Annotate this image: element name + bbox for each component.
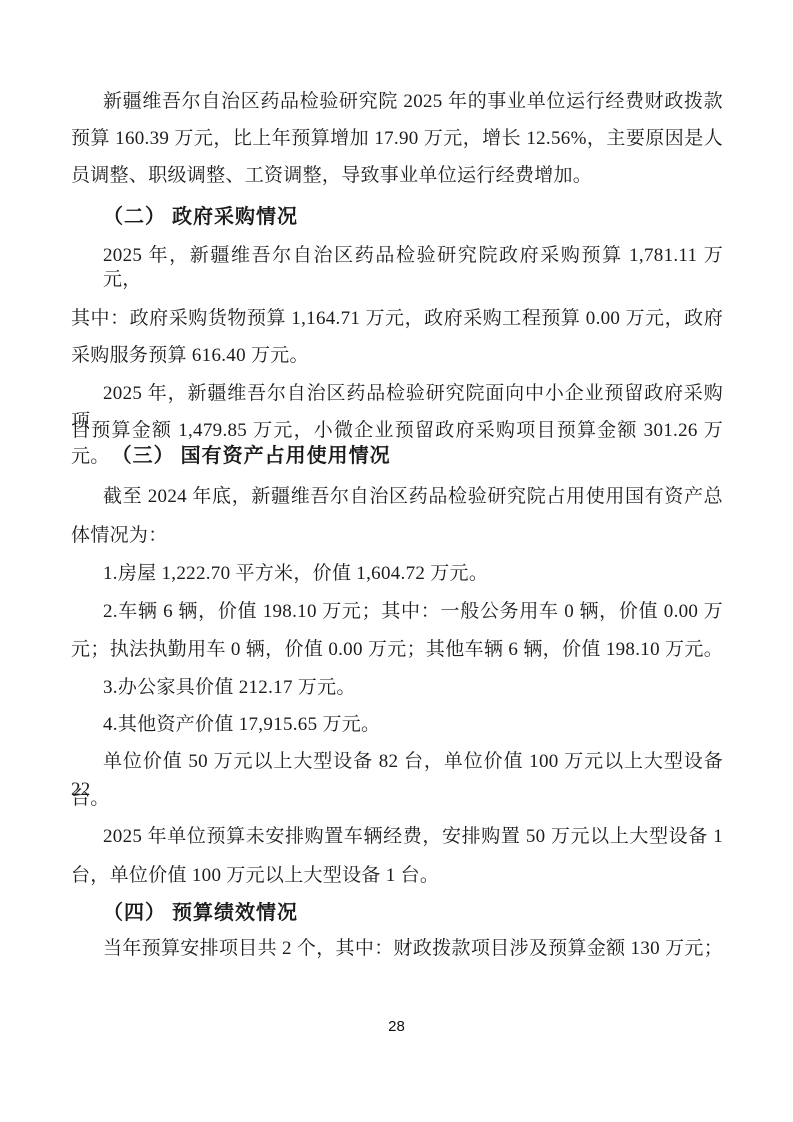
page-number: 28 — [0, 1018, 793, 1035]
section3-plan-line-1: 2025 年单位预算未安排购置车辆经费，安排购置 50 万元以上大型设备 1 — [71, 823, 723, 851]
section3-equipment-line-2: 台。 — [71, 785, 723, 813]
section4-p1-line-1: 当年预算安排项目共 2 个，其中：财政拨款项目涉及预算金额 130 万元； — [71, 935, 723, 963]
section4-heading: （四） 预算绩效情况 — [71, 899, 723, 927]
section2-p3-line-3-end: 元。 — [71, 446, 110, 467]
intro-line-3: 员调整、职级调整、工资调整，导致事业单位运行经费增加。 — [71, 162, 723, 190]
section2-p1-line-1: 2025 年，新疆维吾尔自治区药品检验研究院政府采购预算 1,781.11 万 — [71, 242, 723, 270]
section3-p1-line-2: 体情况为： — [71, 522, 723, 550]
section2-p1-line-2: 元， — [71, 267, 723, 293]
section2-p2-line-2: 采购服务预算 616.40 万元。 — [71, 342, 723, 370]
section3-item-4: 4.其他资产价值 17,915.65 万元。 — [71, 711, 723, 739]
section3-item-3: 3.办公家具价值 212.17 万元。 — [71, 674, 723, 702]
section3-item-2-line-1: 2.车辆 6 辆，价值 198.10 万元；其中：一般公务用车 0 辆，价值 0… — [71, 598, 723, 626]
section3-p1-line-1: 截至 2024 年底，新疆维吾尔自治区药品检验研究院占用使用国有资产总 — [71, 483, 723, 511]
section3-heading: （三） 国有资产占用使用情况 — [122, 445, 391, 467]
section3-heading-line: 元。（三） 国有资产占用使用情况 — [71, 443, 723, 469]
section3-item-2-line-2: 元；执法执勤用车 0 辆，价值 0.00 万元；其他车辆 6 辆，价值 198.… — [71, 636, 723, 664]
section3-equipment-line-1: 单位价值 50 万元以上大型设备 82 台，单位价值 100 万元以上大型设备 … — [71, 748, 723, 776]
section3-item-1: 1.房屋 1,222.70 平方米，价值 1,604.72 万元。 — [71, 560, 723, 588]
intro-line-1: 新疆维吾尔自治区药品检验研究院 2025 年的事业单位运行经费财政拨款 — [71, 88, 723, 116]
document-page: 新疆维吾尔自治区药品检验研究院 2025 年的事业单位运行经费财政拨款 预算 1… — [0, 0, 793, 1122]
intro-line-2: 预算 160.39 万元，比上年预算增加 17.90 万元，增长 12.56%，… — [71, 125, 723, 153]
section2-p3-line-2: 目预算金额 1,479.85 万元，小微企业预留政府采购项目预算金额 301.2… — [71, 417, 723, 445]
section2-heading: （二） 政府采购情况 — [71, 203, 723, 231]
section2-p3-line-1: 2025 年，新疆维吾尔自治区药品检验研究院面向中小企业预留政府采购项 — [71, 380, 723, 408]
section3-plan-line-2: 台，单位价值 100 万元以上大型设备 1 台。 — [71, 862, 723, 890]
section2-p2-line-1: 其中：政府采购货物预算 1,164.71 万元，政府采购工程预算 0.00 万元… — [71, 305, 723, 333]
